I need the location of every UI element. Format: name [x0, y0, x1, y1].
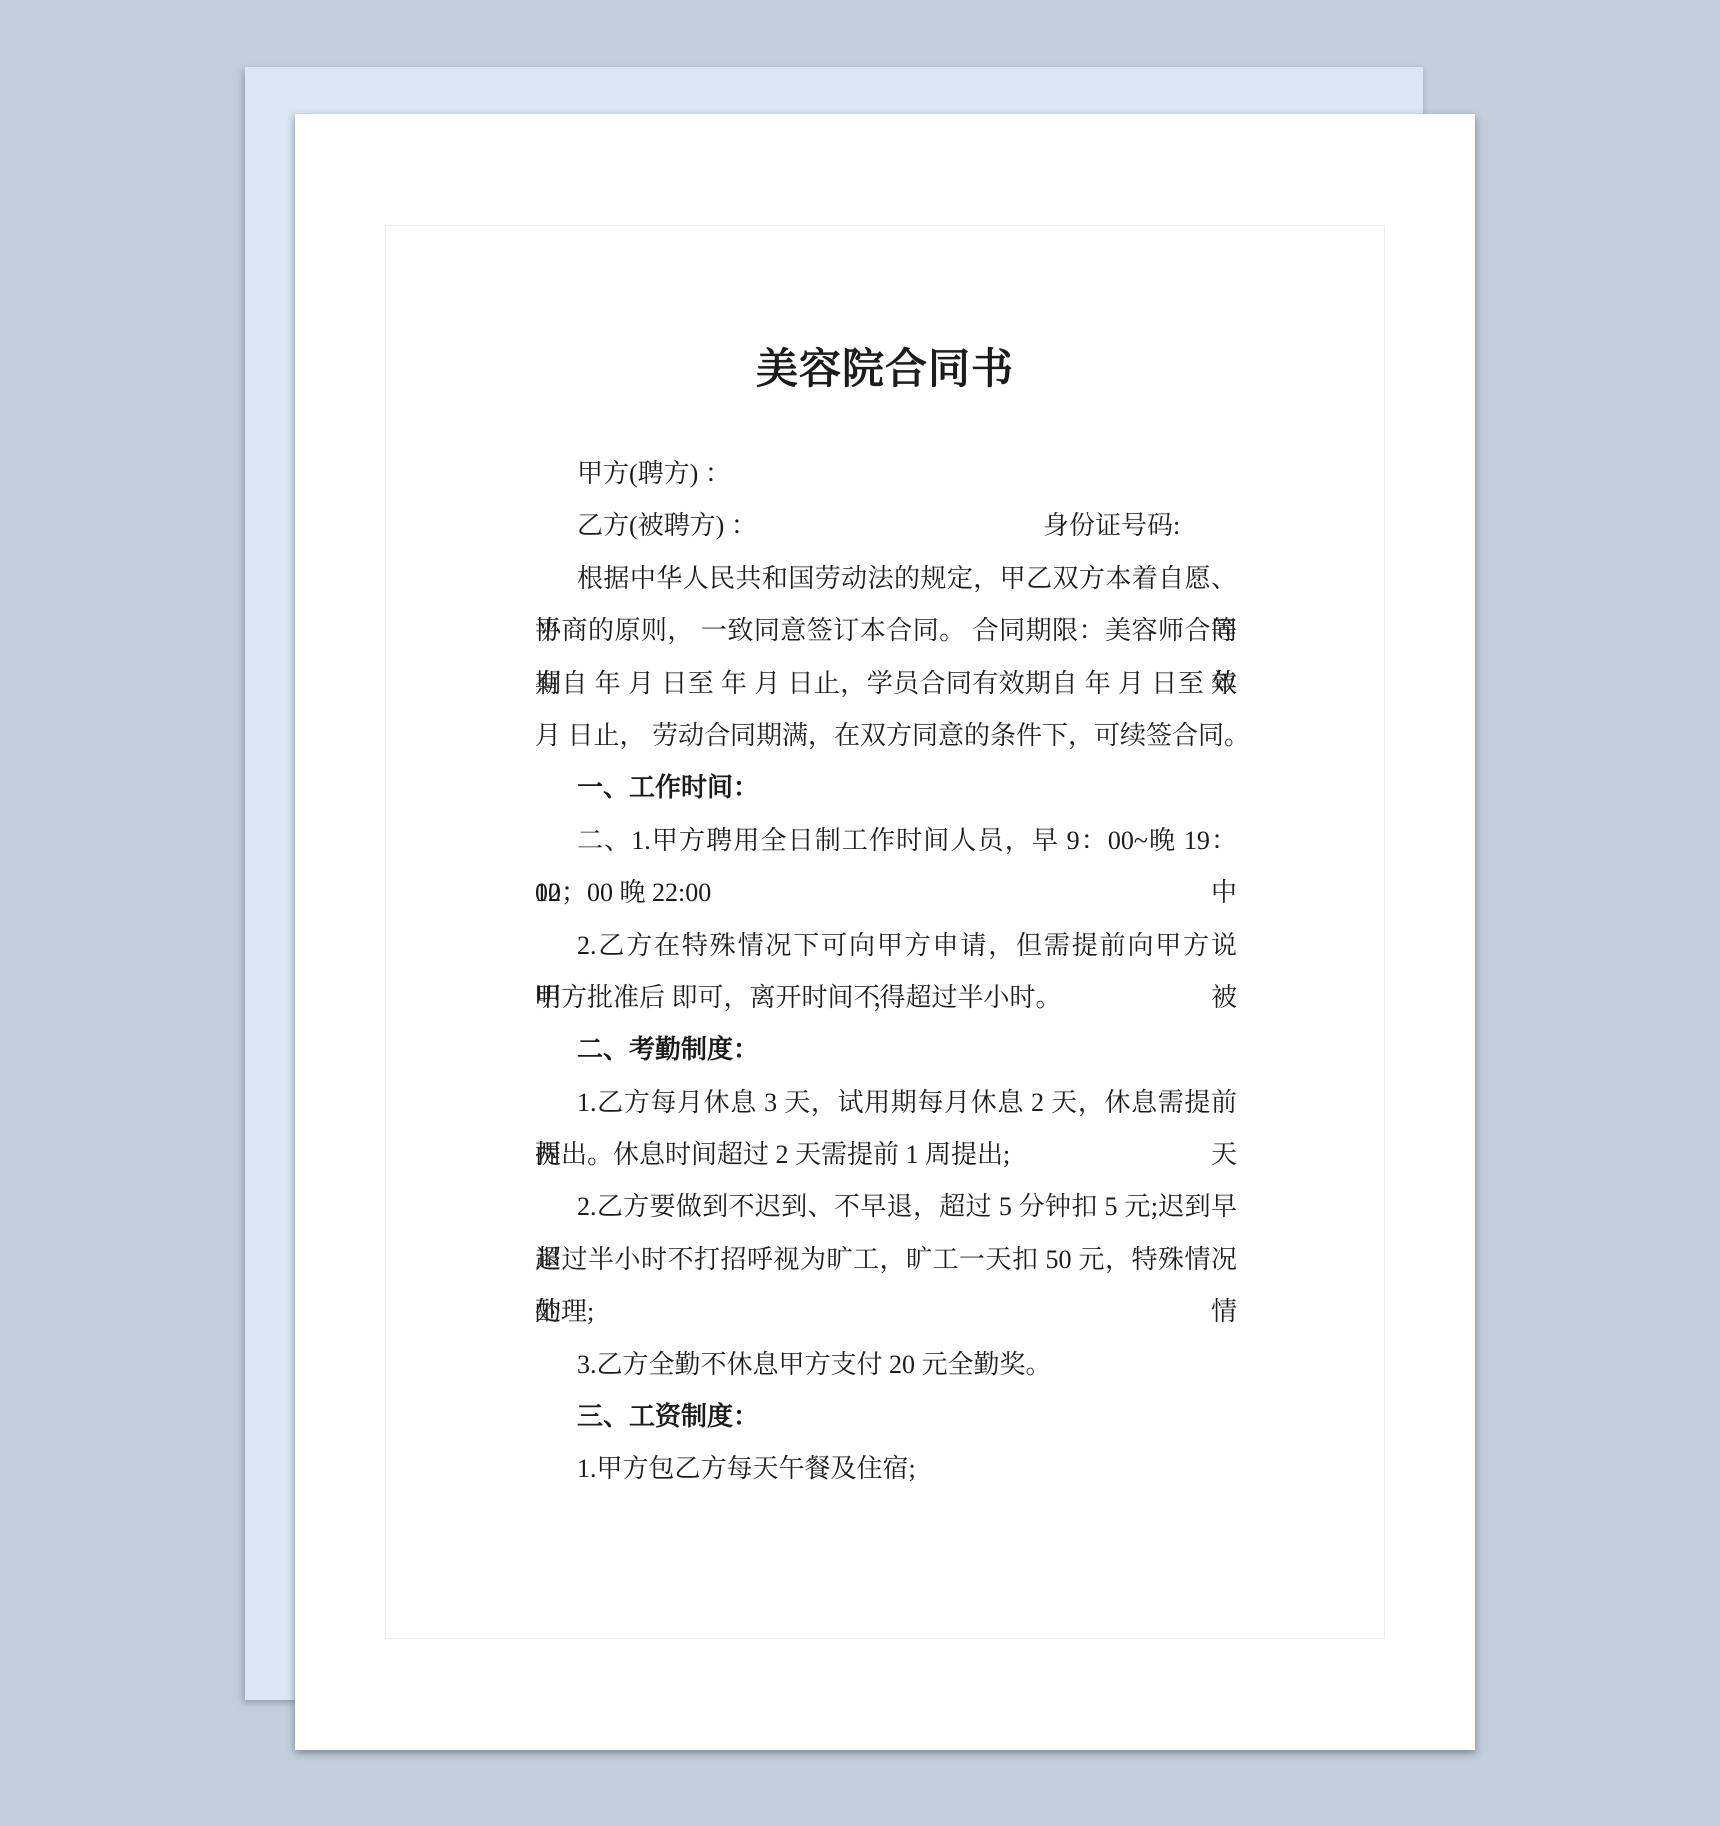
id-number-label: 身份证号码: [1043, 500, 1180, 552]
document-title: 美容院合同书 [295, 348, 1475, 392]
salary-line-1: 1.甲方包乙方每天午餐及住宿; [535, 1443, 1237, 1495]
attendance-line-1: 1.乙方每月休息 3 天，试用期每月休息 2 天，休息需提前两天 [535, 1077, 1237, 1129]
heading-attendance: 二、考勤制度： [535, 1024, 1237, 1076]
work-time-line-2: 12：00 晚 22:00 [535, 867, 1237, 919]
heading-salary: 三、工资制度： [535, 1391, 1237, 1443]
contract-page: 美容院合同书 甲方(聘方) ：乙方(被聘方) ：身份证号码:根据中华人民共和国劳… [295, 114, 1475, 1750]
work-time-line-1: 二、1.甲方聘用全日制工作时间人员，早 9：00~晚 19：00；中 [535, 815, 1237, 867]
preamble-line-4: 月 日止， 劳动合同期满，在双方同意的条件下，可续签合同。 [535, 710, 1237, 762]
attendance-line-2: 提出。休息时间超过 2 天需提前 1 周提出; [535, 1129, 1237, 1181]
attendance-line-6: 3.乙方全勤不休息甲方支付 20 元全勤奖。 [535, 1339, 1237, 1391]
party-b-line: 乙方(被聘方) ：身份证号码: [535, 500, 1237, 552]
party-a-line: 甲方(聘方) ： [535, 448, 1237, 500]
heading-work-time: 一、工作时间： [535, 762, 1237, 814]
attendance-line-3: 2.乙方要做到不迟到、不早退，超过 5 分钟扣 5 元;迟到早退 [535, 1181, 1237, 1233]
attendance-line-4: 超过半小时不打招呼视为旷工，旷工一天扣 50 元，特殊情况酌情 [535, 1234, 1237, 1286]
work-time-line-4: 甲方批准后 即可，离开时间不得超过半小时。 [535, 972, 1237, 1024]
preamble-line-2: 协商的原则， 一致同意签订本合同。 合同期限：美容师合同有效 [535, 605, 1237, 657]
desktop-background: 美容院合同书 甲方(聘方) ：乙方(被聘方) ：身份证号码:根据中华人民共和国劳… [0, 0, 1720, 1826]
work-time-line-3: 2.乙方在特殊情况下可向甲方申请，但需提前向甲方说明，被 [535, 920, 1237, 972]
preamble-line-3: 期自 年 月 日至 年 月 日止，学员合同有效期自 年 月 日至 年 [535, 658, 1237, 710]
preamble-line-1: 根据中华人民共和国劳动法的规定，甲乙双方本着自愿、平等 [535, 553, 1237, 605]
contract-body: 甲方(聘方) ：乙方(被聘方) ：身份证号码:根据中华人民共和国劳动法的规定，甲… [535, 448, 1237, 1496]
attendance-line-5: 处理; [535, 1286, 1237, 1338]
